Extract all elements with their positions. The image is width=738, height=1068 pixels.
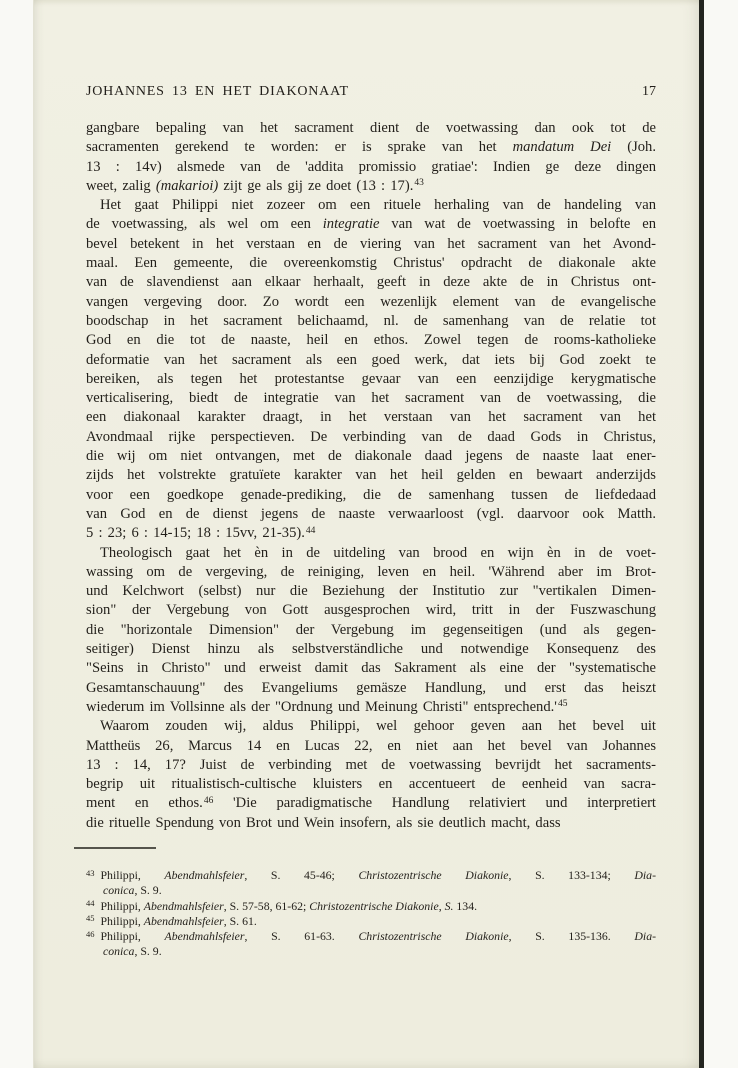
footnote-reference: 46 [204,796,214,806]
body-paragraph: gangbare bepaling van het sacrament dien… [86,119,656,196]
text-line: zijds het volstrekte gratuïete karakter … [86,466,656,485]
footnote-reference: 43 [414,178,424,188]
text-segment: de voetwassing, als wel om een [86,216,323,232]
text-segment: mandatum Dei [513,139,612,155]
text-segment: Christozentrische Diakonie [358,868,508,882]
text-segment: Avondmaal rijke perspectieven. De verbin… [86,429,656,445]
text-line: boodschap in het sacrament belichaamd, n… [86,312,656,331]
footnote-number: 43 [86,868,95,878]
text-segment: , S. 61-63. [244,929,358,943]
text-segment: , S. 57-58, 61-62; [224,899,310,913]
text-line: bereiken, als tegen het protestantse gev… [86,370,656,389]
running-header-title: JOHANNES 13 EN HET DIAKONAAT [86,84,349,100]
text-segment: Abendmahlsfeier [144,899,224,913]
text-segment: deformatie van het sacrament als een goe… [86,352,656,368]
footnote-number: 46 [86,929,95,939]
text-line: de voetwassing, als wel om een integrati… [86,215,656,234]
text-line: ment en ethos.46 'Die paradigmatische Ha… [86,794,656,813]
text-line: sacramenten gerekend te worden: er is sp… [86,138,656,157]
text-line: Theologisch gaat het èn in de uitdeling … [86,544,656,563]
text-segment: , S. 9. [134,883,161,897]
page-number: 17 [642,84,656,100]
screenshot-root: { "colors": { "paper": "#efeee1", "outer… [0,0,738,1068]
text-segment: Christozentrische Diakonie [309,899,438,913]
text-segment: van God en de dienst jegens de naaste ve… [86,506,656,522]
footnote: 45Philippi, Abendmahlsfeier, S. 61. [86,914,656,929]
text-line: Waarom zouden wij, aldus Philippi, wel g… [86,717,656,736]
text-segment: 5 : 23; 6 : 14-15; 18 : 15vv, 21-35). [86,525,305,541]
text-segment: Abendmahlsfeier [164,868,244,882]
text-line: Gesamtanschauung" des Evangeliums gemäsz… [86,679,656,698]
footnote: 43Philippi, Abendmahlsfeier, S. 45-46; C… [86,868,656,899]
footnote-line: 46Philippi, Abendmahlsfeier, S. 61-63. C… [86,929,656,944]
text-line: 13 : 14v) alsmede van de 'addita promiss… [86,158,656,177]
text-segment: conica [103,883,134,897]
text-line: die rituelle Spendung von Brot und Wein … [86,814,656,833]
text-segment: , S. 61. [224,914,257,928]
footnote-line: 44Philippi, Abendmahlsfeier, S. 57-58, 6… [86,899,656,914]
text-line: 13 : 14, 17? Juist de verbinding met de … [86,756,656,775]
text-segment: Mattheüs 26, Marcus 14 en Lucas 22, en n… [86,738,656,754]
text-segment: Theologisch gaat het èn in de uitdeling … [100,545,656,561]
text-line: bevel betekent in het verstaan en de vie… [86,235,656,254]
text-segment: begrip uit ritualistisch-cultische kluis… [86,776,656,792]
body-paragraph: Het gaat Philippi niet zozeer om een rit… [86,196,656,543]
text-line: die "horizontale Dimension" der Vergebun… [86,621,656,640]
text-line: seitiger) Dienst hinzu als selbstverstän… [86,640,656,659]
text-segment: gangbare bepaling van het sacrament dien… [86,120,656,136]
footnote-line: 43Philippi, Abendmahlsfeier, S. 45-46; C… [86,868,656,883]
footnote-line: 45Philippi, Abendmahlsfeier, S. 61. [86,914,656,929]
footnote: 44Philippi, Abendmahlsfeier, S. 57-58, 6… [86,899,656,914]
footnote-number: 44 [86,898,95,908]
text-line: maal. Een gemeente, die overeenkomstig C… [86,254,656,273]
text-segment: zijds het volstrekte gratuïete karakter … [86,467,656,483]
text-line: Het gaat Philippi niet zozeer om een rit… [86,196,656,215]
text-segment: die rituelle Spendung von Brot und Wein … [86,815,561,831]
text-line: verticalisering, biedt de integratie van… [86,389,656,408]
text-line: weet, zalig (makarioi) zijt ge als gij z… [86,177,656,196]
text-line: voor een goedkope genade-prediking, die … [86,486,656,505]
text-segment: integratie [323,216,380,232]
scanned-page: JOHANNES 13 EN HET DIAKONAAT 17 gangbare… [33,0,700,1068]
text-segment: wiederum im Vollsinne als der "Ordnung u… [86,699,557,715]
text-segment: weet, zalig [86,178,156,194]
text-segment: sacramenten gerekend te worden: er is sp… [86,139,513,155]
text-segment: sion" der Vergebung von Gott ausgesproch… [86,602,656,618]
book-spine-edge-line [699,0,704,1068]
body-paragraph: Theologisch gaat het èn in de uitdeling … [86,544,656,718]
text-segment: van wat de voetwassing in belofte en [379,216,656,232]
text-line: een diakonaal karakter draagt, in het ve… [86,408,656,427]
text-segment: Philippi, [101,929,165,943]
text-segment: 13 : 14, 17? Juist de verbinding met de … [86,757,656,773]
footnote-line: conica, S. 9. [86,883,656,898]
text-line: Mattheüs 26, Marcus 14 en Lucas 22, en n… [86,737,656,756]
text-segment: maal. Een gemeente, die overeenkomstig C… [86,255,656,271]
text-line: begrip uit ritualistisch-cultische kluis… [86,775,656,794]
text-segment: Waarom zouden wij, aldus Philippi, wel g… [100,718,656,734]
footnote-separator [74,847,156,849]
text-segment: die "horizontale Dimension" der Vergebun… [86,622,656,638]
text-segment: Dia- [634,929,656,943]
text-segment: (Joh. [611,139,656,155]
text-line: vangen vergeving door. Zo wordt een weze… [86,293,656,312]
text-segment: 13 : 14v) alsmede van de 'addita promiss… [86,159,656,175]
text-segment: Abendmahlsfeier [165,929,245,943]
text-line: wiederum im Vollsinne als der "Ordnung u… [86,698,656,717]
text-line: God en die tot de naaste, heil en ethos.… [86,331,656,350]
text-line: deformatie van het sacrament als een goe… [86,351,656,370]
footnote-number: 45 [86,913,95,923]
text-segment: , S. 133-134; [509,868,635,882]
text-line: wassing om de vergeving, de reiniging, l… [86,563,656,582]
text-segment: Philippi, [101,868,165,882]
text-segment: zijt ge als gij ze doet (13 : 17). [218,178,413,194]
text-segment: God en die tot de naaste, heil en ethos.… [86,332,656,348]
text-segment: Abendmahlsfeier [144,914,224,928]
text-segment: Het gaat Philippi niet zozeer om een rit… [100,197,656,213]
footnote-line: conica, S. 9. [86,944,656,959]
text-segment: conica [103,944,134,958]
text-segment: "Seins in Christo" und erweist damit das… [86,660,656,676]
text-segment: boodschap in het sacrament belichaamd, n… [86,313,656,329]
text-line: die wij om niet ontvangen, met de diakon… [86,447,656,466]
text-segment: Christozentrische Diakonie [358,929,508,943]
text-line: gangbare bepaling van het sacrament dien… [86,119,656,138]
text-segment: een diakonaal karakter draagt, in het ve… [86,409,656,425]
text-line: 5 : 23; 6 : 14-15; 18 : 15vv, 21-35).44 [86,524,656,543]
footnote: 46Philippi, Abendmahlsfeier, S. 61-63. C… [86,929,656,960]
text-segment: 'Die paradigmatische Handlung relativier… [213,795,656,811]
text-segment: verticalisering, biedt de integratie van… [86,390,656,406]
text-line: sion" der Vergebung von Gott ausgesproch… [86,601,656,620]
text-line: Avondmaal rijke perspectieven. De verbin… [86,428,656,447]
text-segment: Dia- [634,868,656,882]
text-line: "Seins in Christo" und erweist damit das… [86,659,656,678]
footnote-reference: 45 [558,699,568,709]
text-segment: wassing om de vergeving, de reiniging, l… [86,564,656,580]
text-segment: voor een goedkope genade-prediking, die … [86,487,656,503]
text-segment: bereiken, als tegen het protestantse gev… [86,371,656,387]
text-segment: und Kelchwort (selbst) nur die Beziehung… [86,583,656,599]
text-segment: 134. [453,899,477,913]
text-segment: Philippi, [101,899,144,913]
text-segment: Gesamtanschauung" des Evangeliums gemäsz… [86,680,656,696]
text-segment: ment en ethos. [86,795,203,811]
text-line: van de slavendienst aan elkaar herhaalt,… [86,273,656,292]
body-paragraph: Waarom zouden wij, aldus Philippi, wel g… [86,717,656,833]
page-header: JOHANNES 13 EN HET DIAKONAAT 17 [86,84,656,100]
footnotes: 43Philippi, Abendmahlsfeier, S. 45-46; C… [86,868,656,960]
text-segment: (makarioi) [156,178,218,194]
text-segment: die wij om niet ontvangen, met de diakon… [86,448,656,464]
footnote-reference: 44 [306,526,316,536]
text-segment: Philippi, [101,914,144,928]
text-line: und Kelchwort (selbst) nur die Beziehung… [86,582,656,601]
body-text: gangbare bepaling van het sacrament dien… [86,119,656,833]
text-segment: vangen vergeving door. Zo wordt een weze… [86,294,656,310]
text-segment: , S. 45-46; [244,868,358,882]
text-segment: bevel betekent in het verstaan en de vie… [86,236,656,252]
text-line: van God en de dienst jegens de naaste ve… [86,505,656,524]
text-segment: , S. 9. [134,944,161,958]
text-segment: van de slavendienst aan elkaar herhaalt,… [86,274,656,290]
text-segment: seitiger) Dienst hinzu als selbstverstän… [86,641,656,657]
text-segment: , S. 135-136. [509,929,635,943]
